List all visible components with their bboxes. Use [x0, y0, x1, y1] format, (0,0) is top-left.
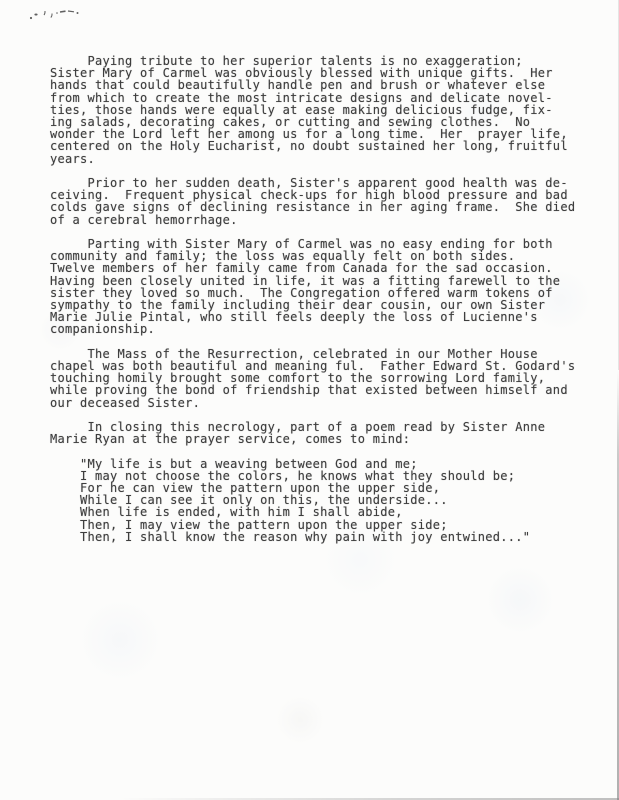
paragraph-parting-family: Parting with Sister Mary of Carmel was n…	[50, 238, 590, 336]
paragraph-mass-resurrection: The Mass of the Resurrection, celebrated…	[50, 348, 590, 409]
paragraph-closing-necrology: In closing this necrology, part of a poe…	[50, 421, 590, 445]
typewritten-text-block: Paying tribute to her superior talents i…	[50, 55, 590, 543]
paragraph-tribute-talents: Paying tribute to her superior talents i…	[50, 55, 590, 165]
poem-weaving: "My life is but a weaving between God an…	[50, 458, 590, 543]
paragraph-sudden-death: Prior to her sudden death, Sister's appa…	[50, 177, 590, 226]
pencil-scribble-icon	[27, 7, 85, 23]
scanned-typewritten-page: Paying tribute to her superior talents i…	[0, 0, 619, 800]
